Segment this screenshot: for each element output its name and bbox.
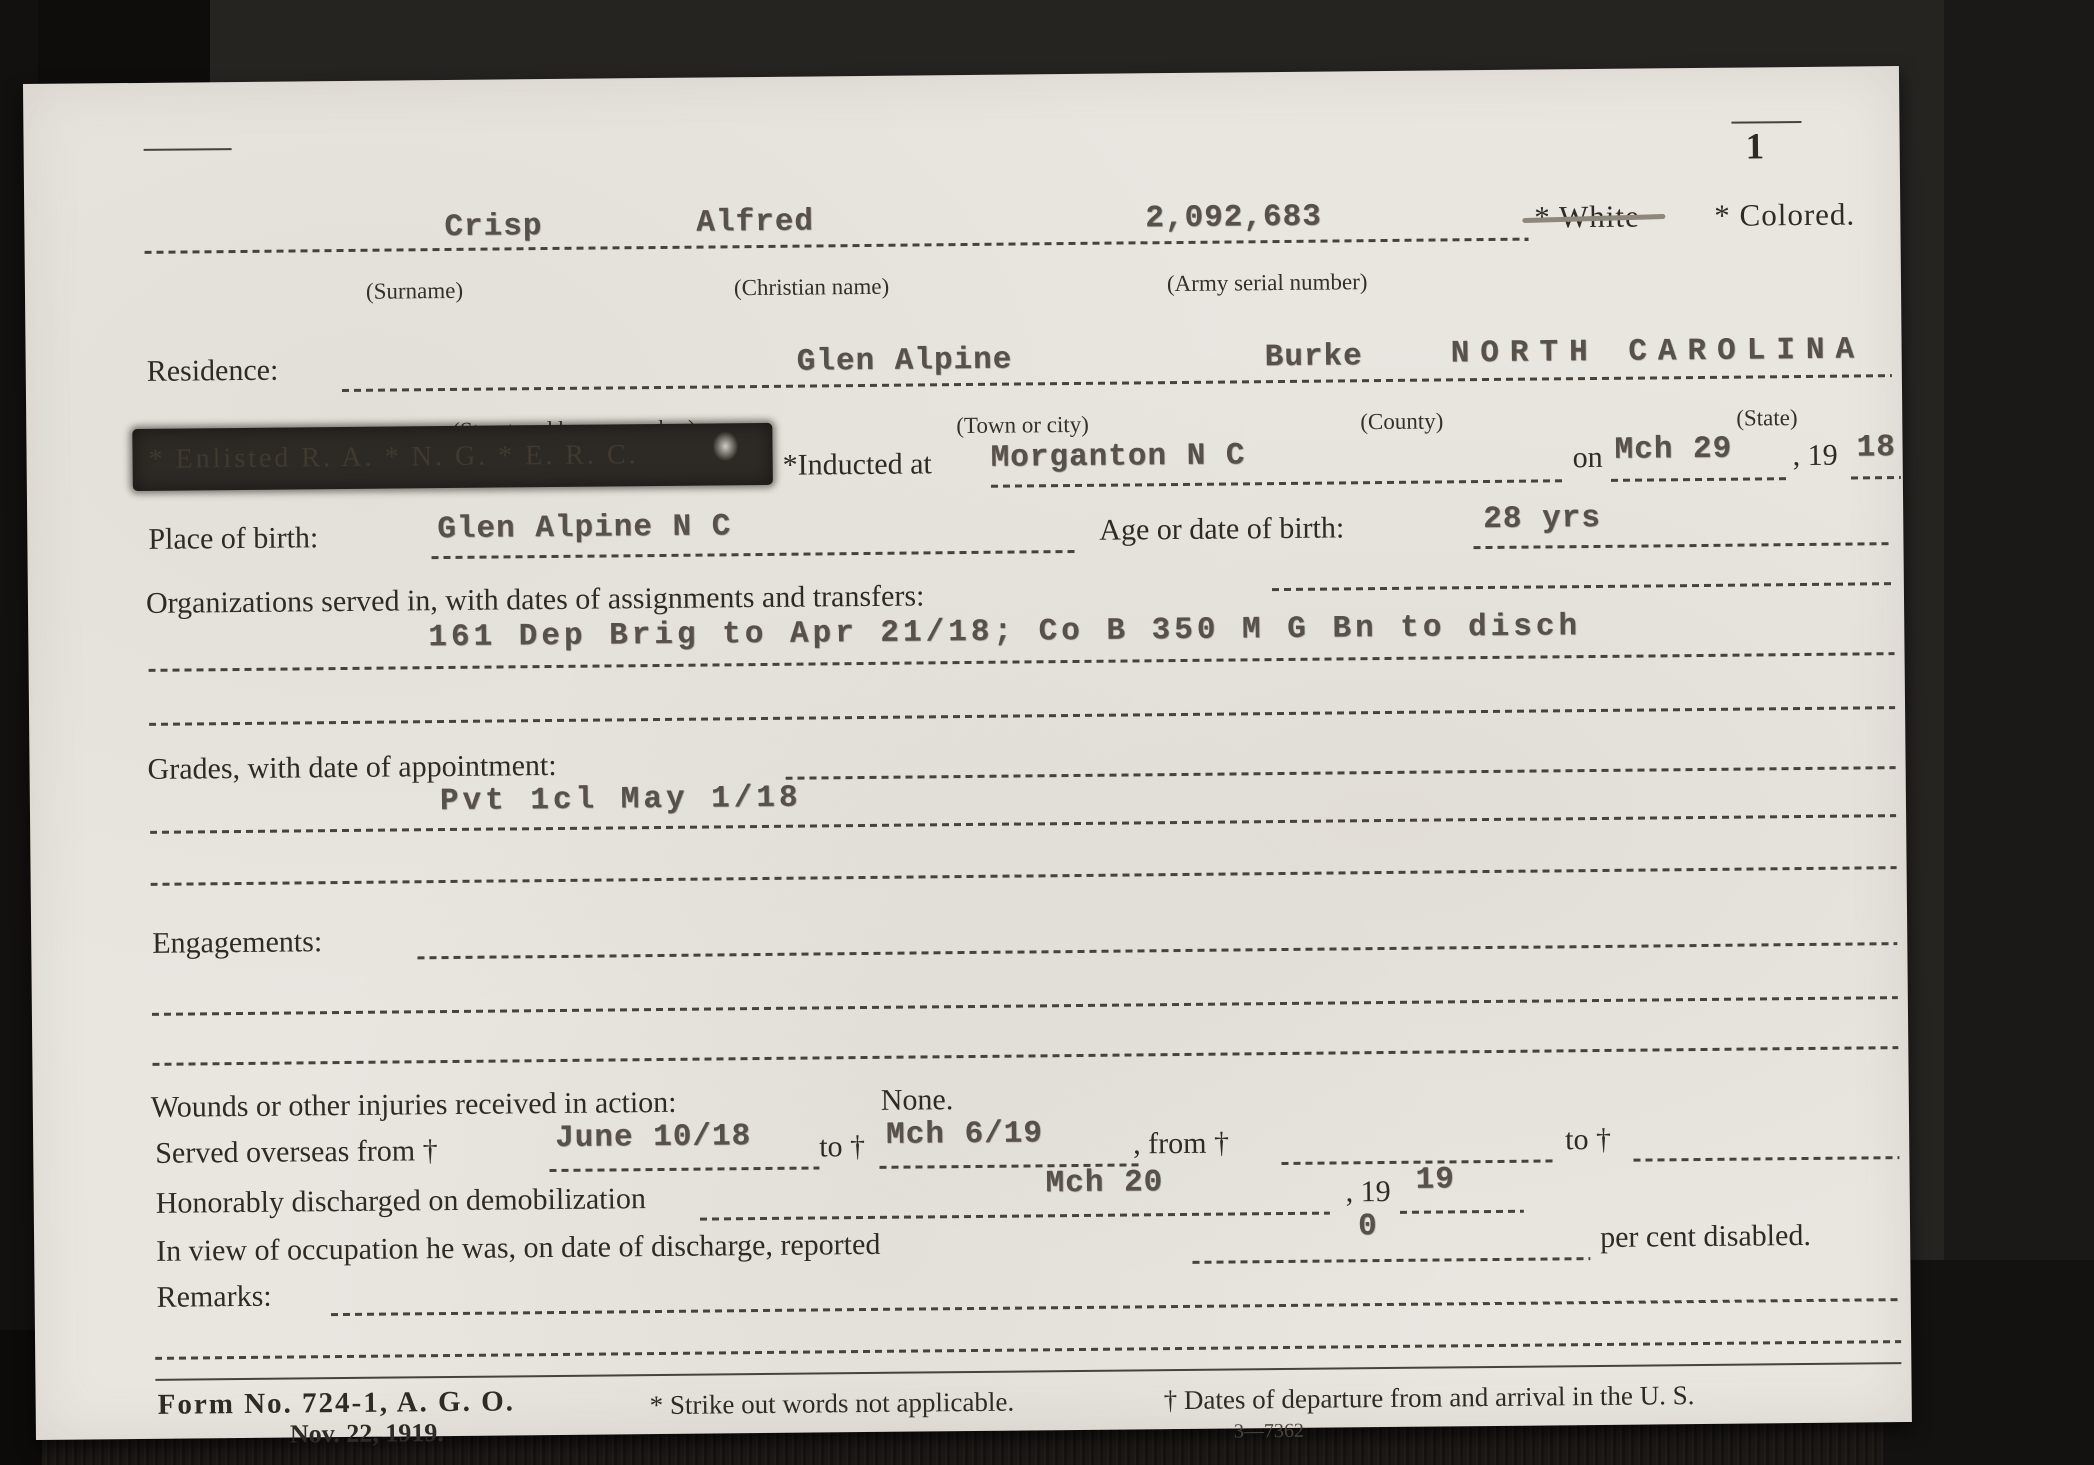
overseas-to-value: Mch 6/19 bbox=[886, 1116, 1043, 1153]
discharge-year-prefix: , 19 bbox=[1346, 1175, 1391, 1209]
residence-line bbox=[342, 374, 1892, 392]
grades-line-after-label bbox=[786, 766, 1896, 780]
scan-backdrop-right bbox=[1944, 0, 2094, 1465]
page-number: 1 bbox=[1745, 125, 1764, 168]
grades-value: Pvt 1cl May 1/18 bbox=[440, 781, 802, 819]
surname-value: Crisp bbox=[444, 209, 542, 245]
overseas-to-label: to † bbox=[819, 1130, 865, 1164]
remarks-line bbox=[331, 1298, 1901, 1316]
grades-label: Grades, with date of appointment: bbox=[147, 749, 556, 787]
dagger-note: † Dates of departure from and arrival in… bbox=[1164, 1380, 1695, 1416]
service-record-card: 1 Crisp Alfred 2,092,683 * White * Color… bbox=[23, 66, 1912, 1440]
disability-suffix: per cent disabled. bbox=[1600, 1219, 1811, 1255]
bottom-dashed-rule bbox=[155, 1340, 1901, 1360]
disability-label: In view of occupation he was, on date of… bbox=[156, 1228, 880, 1269]
grades-line bbox=[150, 814, 1896, 834]
residence-state-value: NORTH CAROLINA bbox=[1450, 332, 1865, 371]
inducted-at-label: *Inducted at bbox=[783, 447, 932, 482]
age-of-birth-label: Age or date of birth: bbox=[1099, 511, 1344, 547]
top-left-tally-mark bbox=[144, 148, 232, 151]
race-option-white: * White bbox=[1534, 199, 1640, 236]
surname-label: (Surname) bbox=[366, 278, 463, 305]
scan-corner-shadow bbox=[1884, 1260, 2094, 1465]
induction-date-line bbox=[1611, 477, 1789, 482]
organizations-line bbox=[149, 652, 1895, 672]
discharge-label: Honorably discharged on demobilization bbox=[156, 1182, 646, 1221]
christian-name-value: Alfred bbox=[696, 204, 814, 240]
inducted-place-line bbox=[991, 479, 1565, 488]
residence-county-value: Burke bbox=[1264, 339, 1362, 375]
print-code: 3—7362 bbox=[1234, 1420, 1304, 1444]
bottom-solid-rule bbox=[155, 1362, 1901, 1381]
induction-year-line bbox=[1851, 476, 1901, 479]
redaction-bar: * Enlisted R. A. * N. G. * E. R. C. bbox=[132, 423, 773, 491]
on-label: on bbox=[1572, 441, 1602, 475]
overseas-to2-line bbox=[1633, 1156, 1899, 1162]
blank-line bbox=[149, 706, 1895, 726]
induction-date-value: Mch 29 bbox=[1614, 432, 1732, 468]
overseas-from-value: June 10/18 bbox=[555, 1119, 751, 1156]
serial-number-value: 2,092,683 bbox=[1145, 200, 1322, 237]
wounds-label: Wounds or other injuries received in act… bbox=[151, 1086, 677, 1125]
place-of-birth-label: Place of birth: bbox=[148, 521, 318, 557]
scan-corner-shadow bbox=[38, 0, 210, 90]
inducted-place-value: Morganton N C bbox=[990, 438, 1245, 475]
year-19-prefix: , 19 bbox=[1792, 439, 1837, 473]
page-number-overline bbox=[1731, 121, 1801, 124]
town-label: (Town or city) bbox=[956, 412, 1089, 439]
scanned-document: 1 Crisp Alfred 2,092,683 * White * Color… bbox=[0, 0, 2094, 1465]
engagements-label: Engagements: bbox=[152, 925, 322, 961]
strike-note: * Strike out words not applicable. bbox=[650, 1387, 1015, 1421]
disability-percent-value: 0 bbox=[1358, 1209, 1378, 1244]
redacted-enlisted-text: * Enlisted R. A. * N. G. * E. R. C. bbox=[148, 439, 638, 476]
organizations-label: Organizations served in, with dates of a… bbox=[146, 579, 925, 620]
serial-number-label: (Army serial number) bbox=[1167, 269, 1368, 297]
discharge-date-line bbox=[700, 1212, 1330, 1221]
blank-line bbox=[152, 1046, 1898, 1066]
discharge-date-value: Mch 20 bbox=[1045, 1165, 1163, 1201]
place-of-birth-line bbox=[432, 550, 1076, 559]
christian-name-label: (Christian name) bbox=[734, 274, 889, 301]
age-value: 28 yrs bbox=[1483, 501, 1601, 537]
organizations-line-after-label bbox=[1272, 582, 1894, 591]
remarks-label: Remarks: bbox=[156, 1280, 271, 1315]
county-label: (County) bbox=[1360, 408, 1443, 435]
residence-label: Residence: bbox=[147, 354, 279, 389]
state-label: (State) bbox=[1736, 405, 1798, 432]
residence-town-value: Glen Alpine bbox=[797, 343, 1013, 380]
name-line bbox=[145, 238, 1529, 254]
race-white-struck-text: * White bbox=[1534, 199, 1640, 236]
blank-line bbox=[152, 996, 1898, 1016]
wounds-value: None. bbox=[881, 1083, 954, 1118]
blank-line bbox=[151, 866, 1897, 886]
overseas-from-line bbox=[549, 1166, 819, 1172]
race-option-colored: * Colored. bbox=[1714, 196, 1855, 233]
overseas-from2-label: , from † bbox=[1133, 1127, 1229, 1162]
discharge-year-line bbox=[1400, 1210, 1524, 1214]
form-date: Nov. 22, 1919. bbox=[290, 1418, 444, 1449]
discharge-year-value: 19 bbox=[1415, 1162, 1455, 1197]
place-of-birth-value: Glen Alpine N C bbox=[437, 509, 731, 547]
form-number: Form No. 724-1, A. G. O. bbox=[158, 1385, 516, 1421]
served-overseas-label: Served overseas from † bbox=[155, 1134, 438, 1171]
age-line bbox=[1473, 542, 1893, 549]
induction-year-value: 18 bbox=[1856, 430, 1896, 465]
disability-line bbox=[1192, 1257, 1590, 1264]
engagements-line bbox=[417, 942, 1897, 959]
overseas-to2-label: to † bbox=[1565, 1123, 1611, 1157]
